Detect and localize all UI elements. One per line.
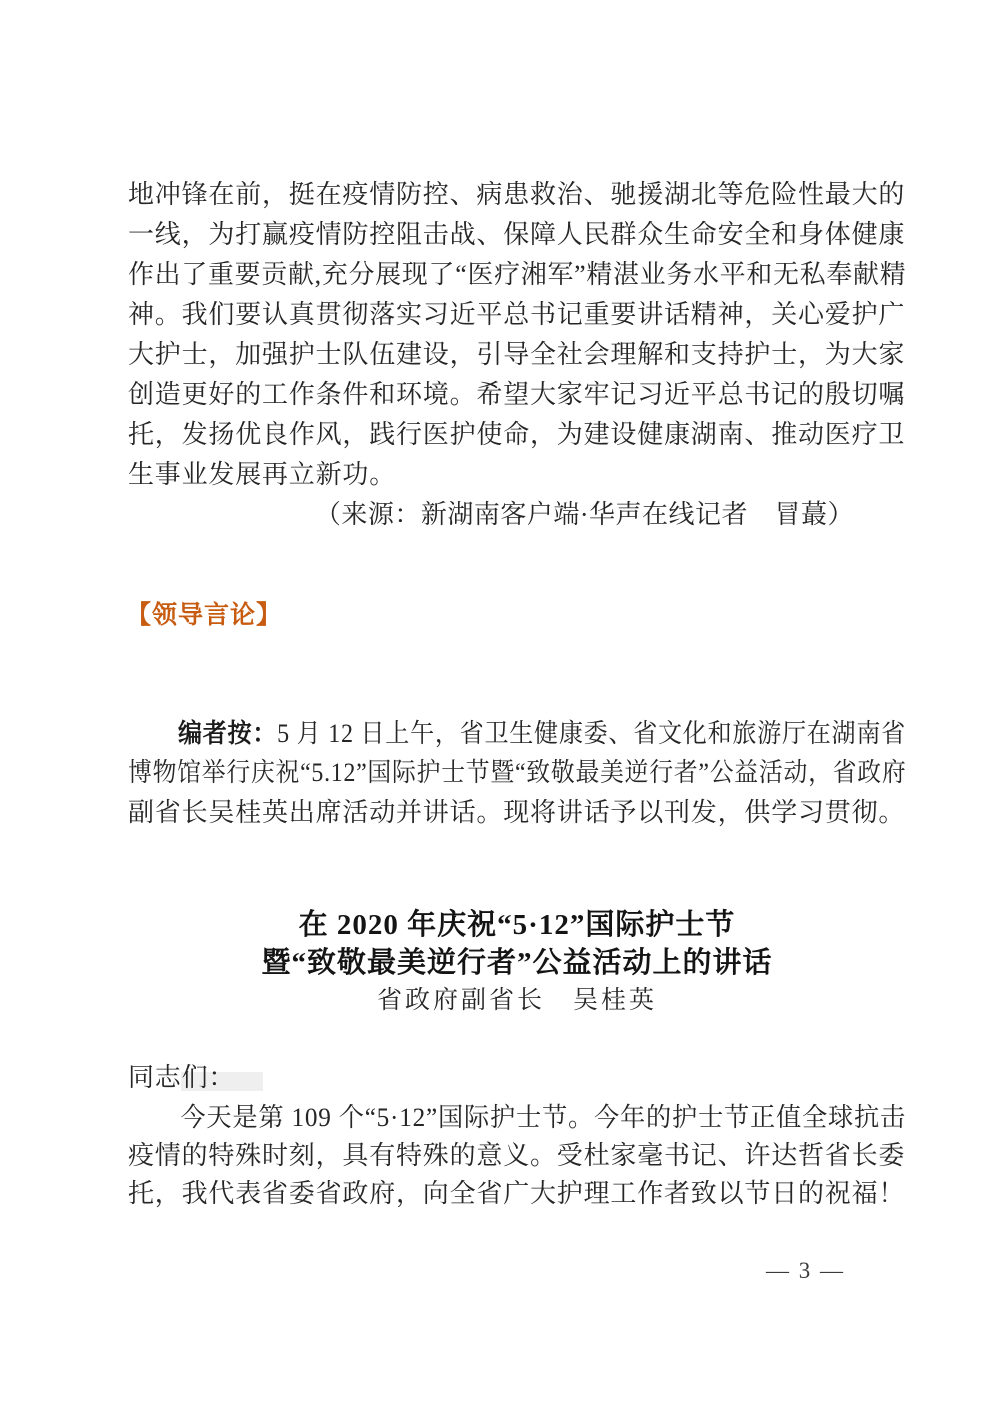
- salutation: 同志们：: [128, 1059, 906, 1097]
- salutation-row: 同志们：: [128, 1059, 906, 1097]
- speech-byline-row: 省政府副省长 吴桂英: [128, 986, 906, 1016]
- speech-title-line2: 暨“致敬最美逆行者”公益活动上的讲话: [128, 944, 906, 982]
- paragraph-line: 神。我们要认真贯彻落实习近平总书记重要讲话精神，关心爱护广: [128, 295, 906, 335]
- source-attribution-row: （来源：新湖南客户端·华声在线记者 冒蕞）: [128, 495, 906, 535]
- editor-note-line: 博物馆举行庆祝“5.12”国际护士节暨“致敬最美逆行者”公益活动，省政府: [128, 753, 842, 793]
- speech-line: 疫情的特殊时刻，具有特殊的意义。受杜家毫书记、许达哲省长委: [128, 1137, 906, 1175]
- speech-line: 今天是第 109 个“5·12”国际护士节。今年的护士节正值全球抗击: [128, 1099, 883, 1137]
- editor-note-line: 副省长吴桂英出席活动并讲话。现将讲话予以刊发，供学习贯彻。: [128, 793, 906, 833]
- editor-note-label: 编者按：: [178, 718, 277, 748]
- section-header-leader-remarks: 【领导言论】: [126, 601, 282, 629]
- document-page: 地冲锋在前，挺在疫情防控、病患救治、驰援湖北等危险性最大的 一线，为打赢疫情防控…: [0, 0, 992, 1403]
- speech-title-line1: 在 2020 年庆祝“5·12”国际护士节: [128, 906, 906, 944]
- source-attribution: （来源：新湖南客户端·华声在线记者 冒蕞）: [128, 495, 906, 535]
- paragraph-line: 生事业发展再立新功。: [128, 455, 906, 495]
- paragraph-line: 大护士，加强护士队伍建设，引导全社会理解和支持护士，为大家: [128, 335, 906, 375]
- paragraph-line: 一线，为打赢疫情防控阻击战、保障人民群众生命安全和身体健康: [128, 215, 906, 255]
- editor-note-line: 编者按：5 月 12 日上午，省卫生健康委、省文化和旅游厅在湖南省: [128, 713, 848, 753]
- continuation-paragraph: 地冲锋在前，挺在疫情防控、病患救治、驰援湖北等危险性最大的 一线，为打赢疫情防控…: [128, 175, 906, 495]
- speech-paragraph: 今天是第 109 个“5·12”国际护士节。今年的护士节正值全球抗击 疫情的特殊…: [128, 1099, 906, 1213]
- paragraph-line: 托，发扬优良作风，践行医护使命，为建设健康湖南、推动医疗卫: [128, 415, 906, 455]
- editor-note: 编者按：5 月 12 日上午，省卫生健康委、省文化和旅游厅在湖南省 博物馆举行庆…: [128, 713, 906, 833]
- paragraph-line: 作出了重要贡献,充分展现了“医疗湘军”精湛业务水平和无私奉献精: [128, 255, 902, 295]
- speech-byline: 省政府副省长 吴桂英: [128, 986, 906, 1016]
- paragraph-line: 创造更好的工作条件和环境。希望大家牢记习近平总书记的殷切嘱: [128, 375, 906, 415]
- speech-line: 托，我代表省委省政府，向全省广大护理工作者致以节日的祝福！: [128, 1175, 906, 1213]
- paragraph-line: 地冲锋在前，挺在疫情防控、病患救治、驰援湖北等危险性最大的: [128, 175, 906, 215]
- speech-title: 在 2020 年庆祝“5·12”国际护士节 暨“致敬最美逆行者”公益活动上的讲话: [128, 906, 906, 982]
- editor-note-text: 5 月 12 日上午，省卫生健康委、省文化和旅游厅在湖南省: [277, 719, 906, 748]
- page-number: — 3 —: [766, 1257, 845, 1285]
